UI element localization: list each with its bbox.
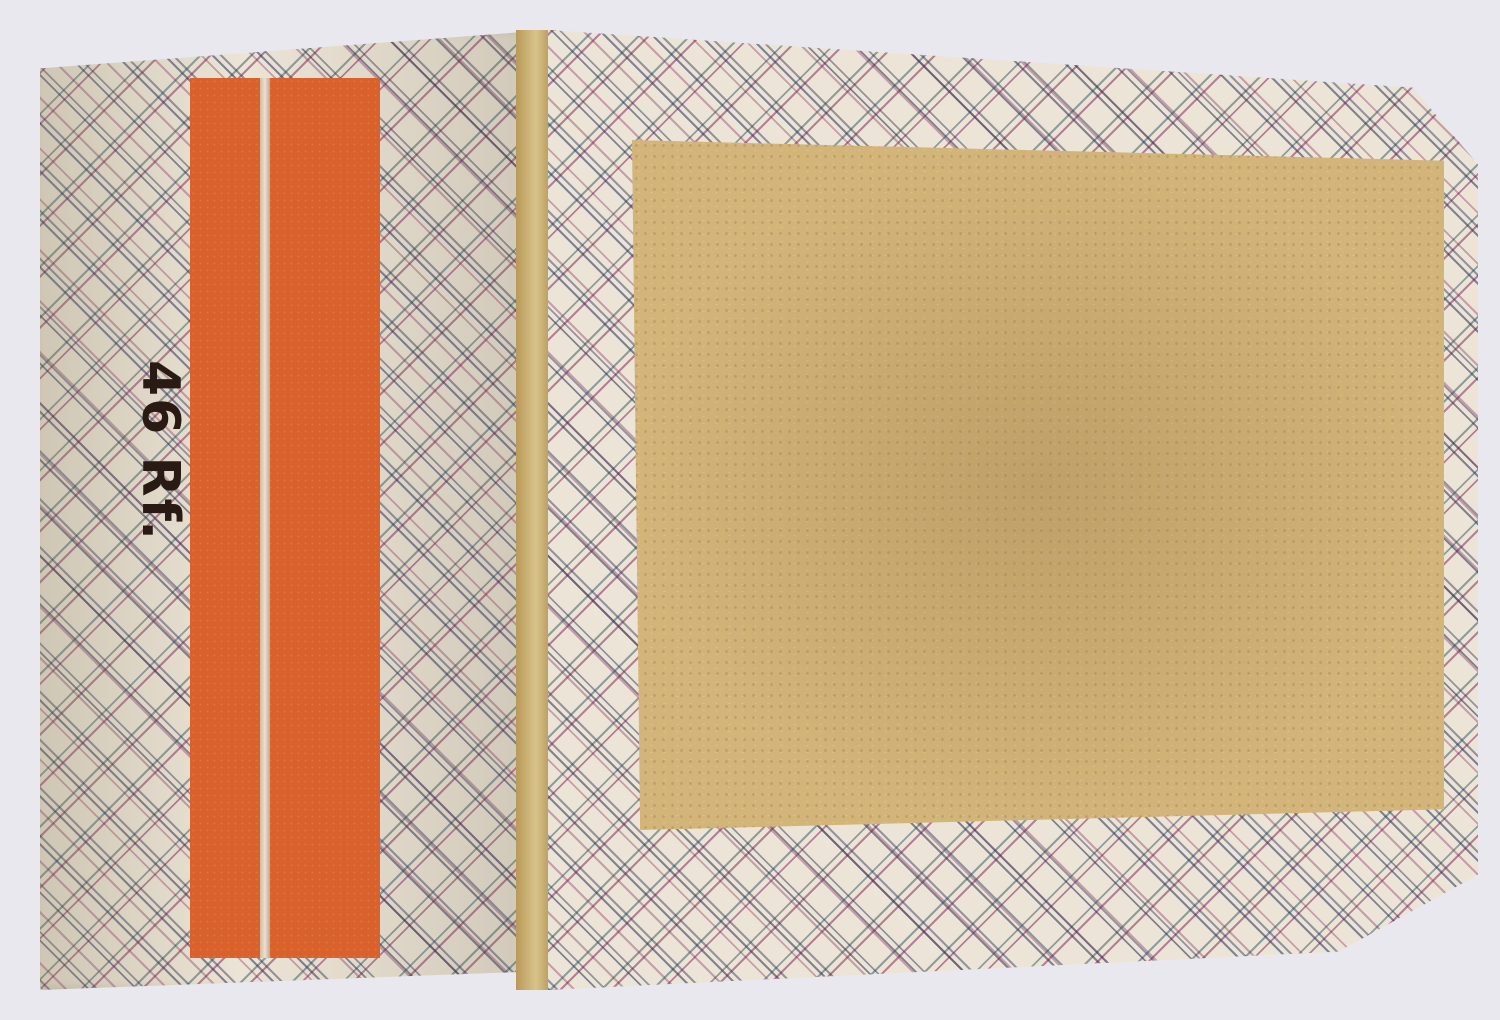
paper-tear <box>260 78 270 958</box>
blank-paper-label <box>632 140 1444 830</box>
box-side: 46 Rf. <box>40 30 550 990</box>
orange-band <box>190 78 380 958</box>
band-label-text: 46 Rf. <box>130 360 190 542</box>
